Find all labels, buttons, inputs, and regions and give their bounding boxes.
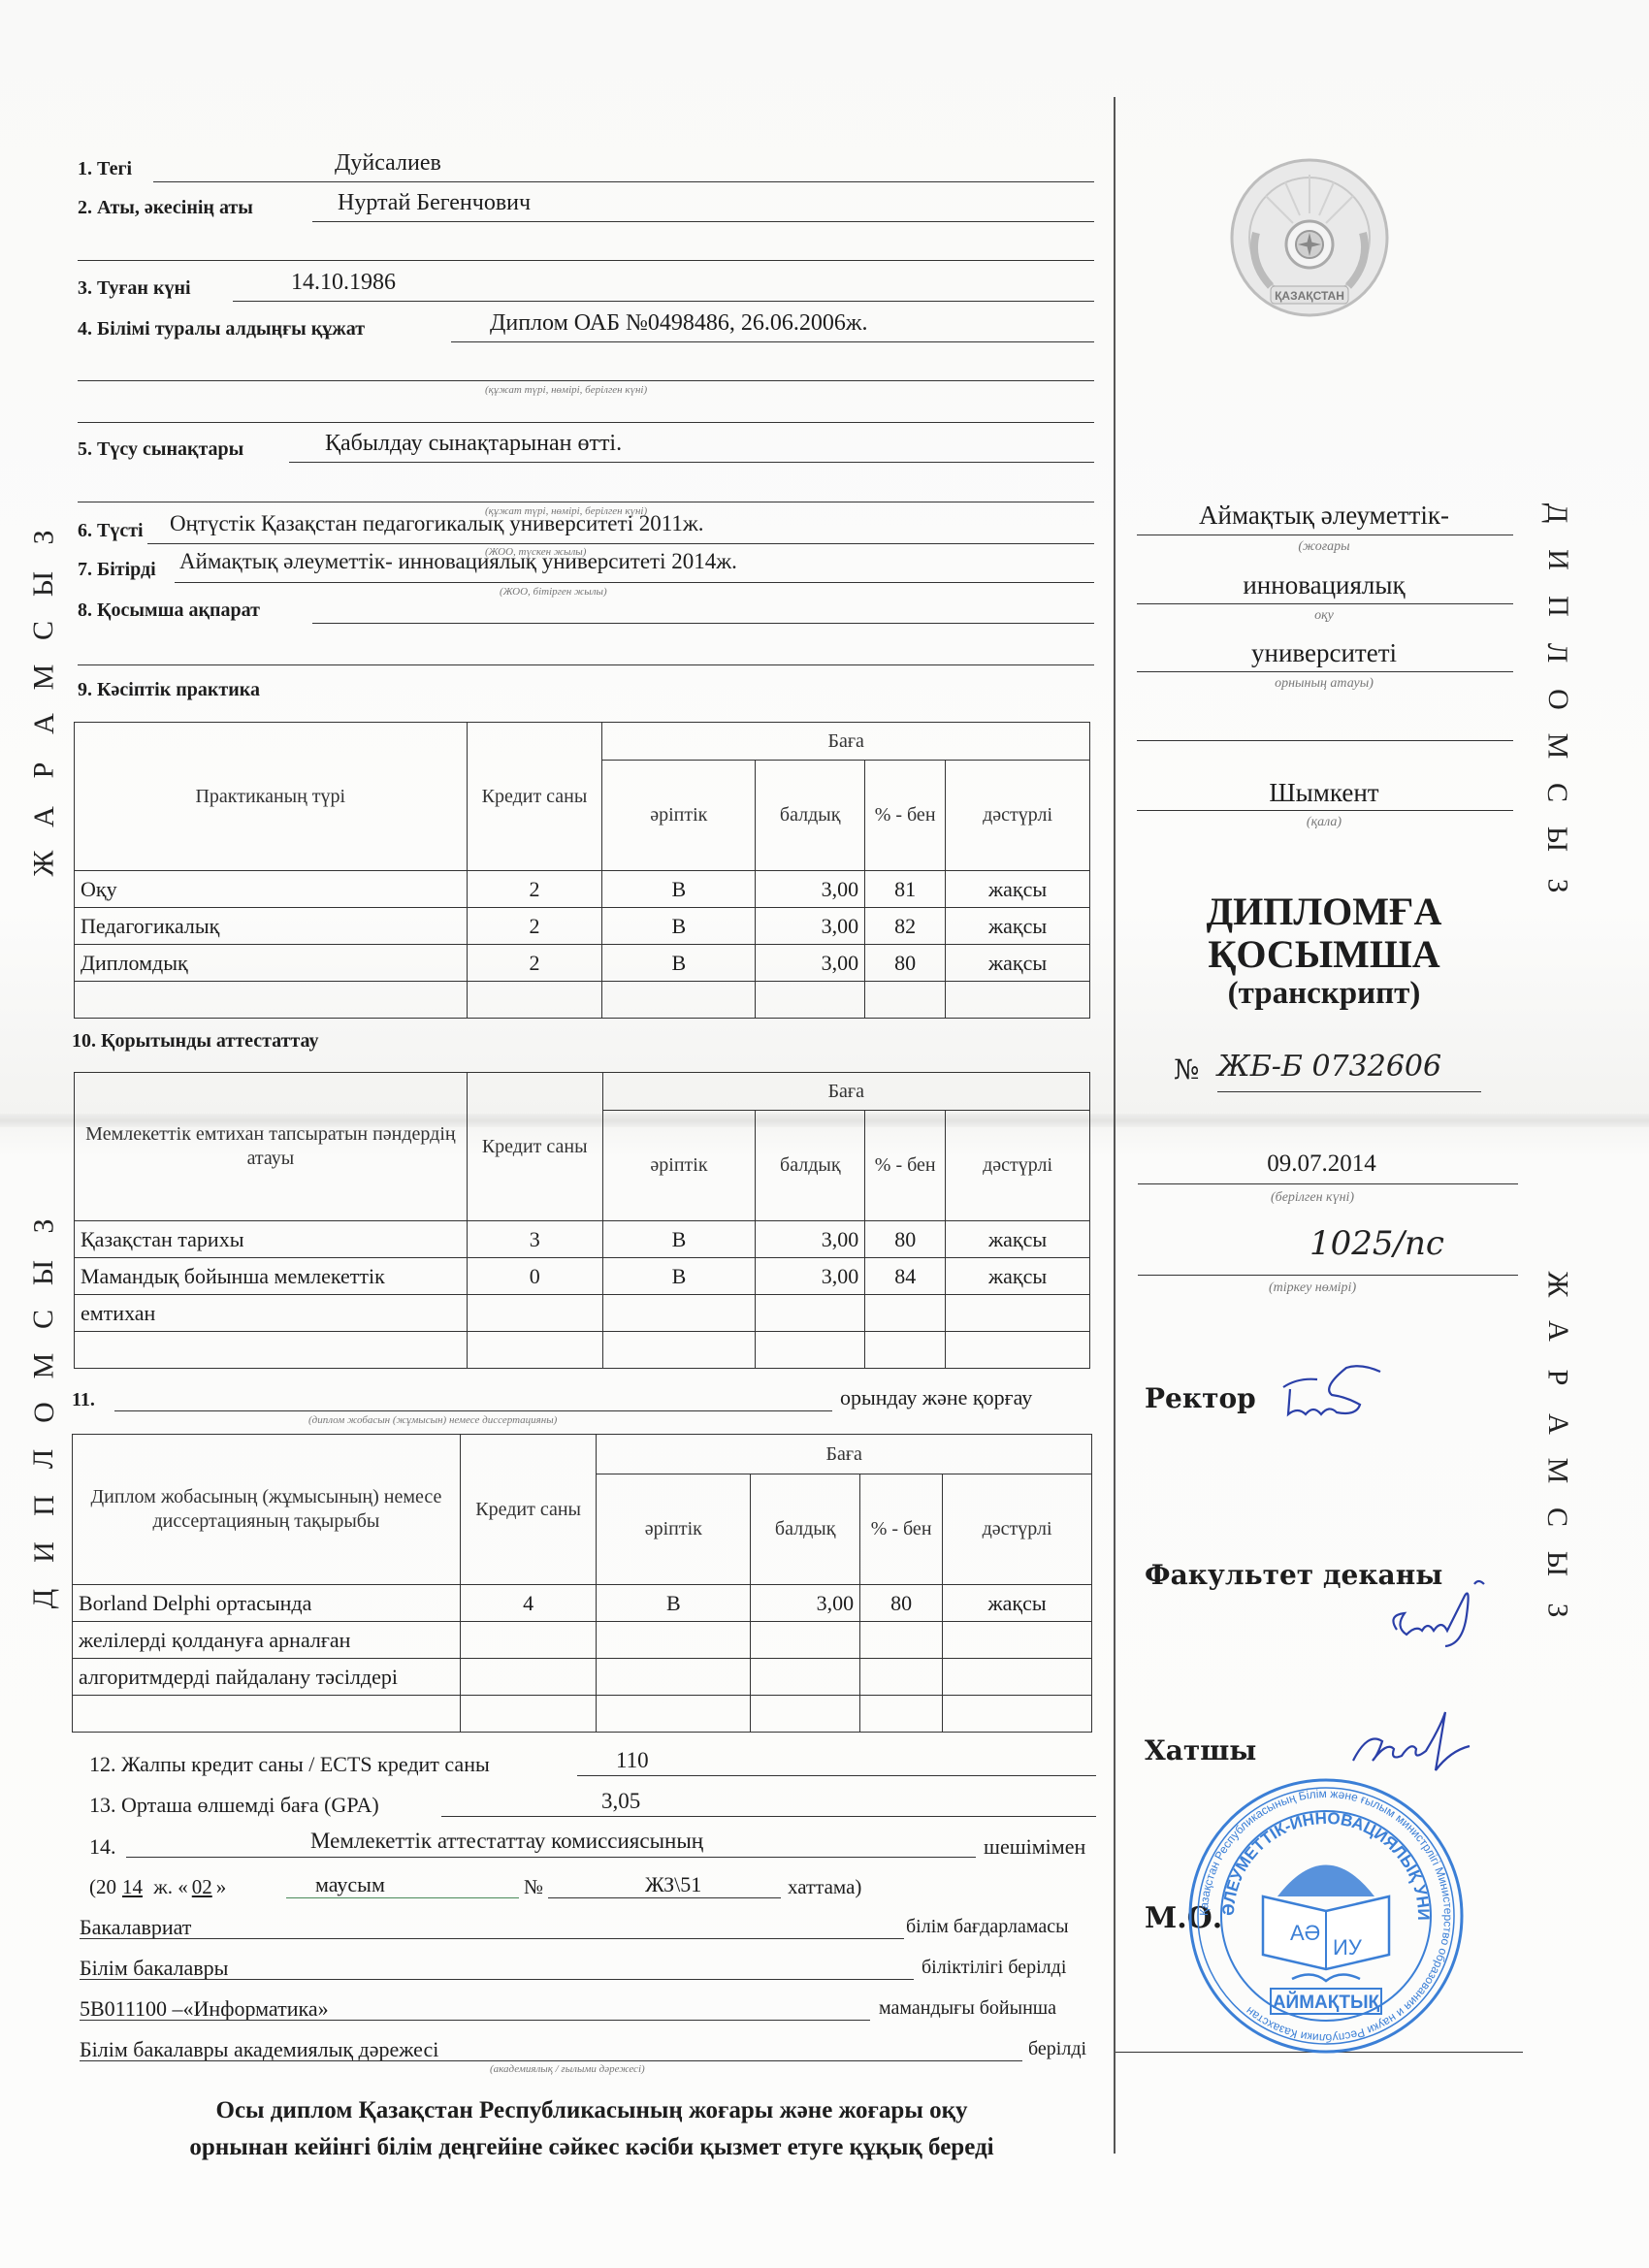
watermark-letter: З: [20, 1218, 67, 1233]
cell-points: 3,00: [756, 871, 865, 908]
watermark-letter: Ы: [20, 1260, 67, 1285]
watermark-letter: С: [20, 1310, 67, 1329]
table-row: Педагогикалық2B3,0082жақсы: [75, 908, 1090, 945]
cell-letter: B: [602, 945, 756, 982]
column-header-points: балдық: [756, 1111, 865, 1221]
cell-traditional: жақсы: [946, 908, 1090, 945]
watermark-letter: М: [20, 1353, 67, 1379]
watermark-left-top: ЗЫСМАРАЖ: [31, 514, 57, 887]
column-header-percent: % - бен: [865, 1111, 946, 1221]
table-row: алгоритмдерді пайдалану тәсілдері: [73, 1659, 1092, 1696]
column-header-letter: әріптік: [602, 761, 756, 871]
cell-percent: 81: [865, 871, 946, 908]
cell-points: 3,00: [756, 908, 865, 945]
cell-letter: B: [602, 1221, 756, 1258]
watermark-letter: Д: [1534, 503, 1580, 523]
attestation-table: Мемлекеттік емтихан тапсыратын пәндердің…: [74, 1072, 1090, 1369]
university-line3: университеті: [1135, 638, 1513, 668]
protocol-day: 02: [188, 1875, 216, 1898]
cell-name: [75, 1332, 468, 1369]
rector-signature-icon: [1278, 1358, 1385, 1426]
decision-value: Мемлекеттік аттестаттау комиссиясының: [310, 1829, 703, 1854]
column-header-percent: % - бен: [865, 761, 946, 871]
watermark-letter: Р: [20, 762, 67, 779]
gpa-value: 3,05: [601, 1789, 640, 1814]
cell-name: Оқу: [75, 871, 468, 908]
protocol-no-label: №: [524, 1875, 543, 1899]
cell-name: [73, 1696, 461, 1733]
degree-suffix: берілді: [1028, 2038, 1086, 2060]
practice-table: Практиканың түріКредит саныБағаәріптікба…: [74, 722, 1090, 1019]
table-row: Borland Delphi ортасында4B3,0080жақсы: [73, 1585, 1092, 1622]
column-header-name: Диплом жобасының (жұмысының) немесе дисс…: [73, 1435, 461, 1585]
number-label: №: [1174, 1053, 1200, 1085]
watermark-letter: О: [20, 1402, 67, 1423]
watermark-letter: О: [1534, 689, 1580, 710]
watermark-letter: А: [20, 713, 67, 734]
cell-traditional: [946, 1295, 1090, 1332]
thesis-heading-hint: (диплом жобасын (жұмысын) немесе диссерт…: [308, 1414, 557, 1426]
svg-text:АӘ: АӘ: [1290, 1921, 1320, 1945]
watermark-letter: З: [1534, 1603, 1580, 1617]
watermark-right-bottom: ЖАРАМСЫЗ: [1544, 1261, 1570, 1634]
thesis-heading-suffix: орындау және қорғау: [840, 1385, 1032, 1410]
table-row: емтихан: [75, 1295, 1090, 1332]
gpa-label: 13. Орташа өлшемді баға (GPA): [89, 1793, 379, 1818]
cell-credit: [460, 1659, 596, 1696]
city-value: Шымкент: [1135, 778, 1513, 808]
cell-points: [751, 1659, 860, 1696]
degree-hint: (академиялық / ғылыми дәрежесі): [490, 2063, 645, 2075]
university-stamp-icon: Қазақстан Республикасының Білім және ғыл…: [1185, 1775, 1467, 2057]
watermark-letter: З: [20, 530, 67, 544]
cell-points: [756, 982, 865, 1019]
watermark-letter: А: [20, 806, 67, 827]
column-header-letter: әріптік: [597, 1474, 751, 1585]
column-header-credit: Кредит саны: [467, 723, 602, 871]
qualification-value: Білім бакалавры: [80, 1956, 228, 1981]
cell-percent: [865, 1295, 946, 1332]
cell-percent: [860, 1622, 943, 1659]
protocol-month: маусым: [315, 1872, 385, 1897]
graduated-value: Аймақтық әлеуметтік- инновациялық универ…: [179, 549, 737, 574]
dean-signature-icon: [1377, 1576, 1503, 1654]
watermark-letter: Ж: [1534, 1272, 1580, 1298]
issue-date-hint: (берілген күні): [1271, 1190, 1354, 1206]
extra-label: 8. Қосымша ақпарат: [78, 599, 260, 622]
cell-percent: [865, 1332, 946, 1369]
cell-credit: [467, 1295, 602, 1332]
page-divider: [1114, 97, 1115, 2154]
cell-letter: [602, 1332, 756, 1369]
cell-letter: [597, 1696, 751, 1733]
cell-traditional: жақсы: [946, 1221, 1090, 1258]
attestation-heading: 10. Қорытынды аттестаттау: [72, 1030, 319, 1053]
watermark-letter: М: [20, 664, 67, 691]
university-line1: Аймақтық әлеуметтік-: [1135, 501, 1513, 531]
cell-letter: [597, 1622, 751, 1659]
svg-text:АЙМАҚТЫҚ: АЙМАҚТЫҚ: [1273, 1992, 1380, 2013]
specialty-value: 5В011100 –«Информатика»: [80, 1996, 329, 2022]
cell-credit: 0: [467, 1258, 602, 1295]
watermark-letter: С: [1534, 783, 1580, 802]
cell-credit: [460, 1696, 596, 1733]
cell-traditional: [946, 1332, 1090, 1369]
column-header-grade: Баға: [602, 1073, 1089, 1111]
column-header-points: балдық: [756, 761, 865, 871]
watermark-letter: П: [1534, 596, 1580, 617]
cell-percent: 84: [865, 1258, 946, 1295]
column-header-grade: Баға: [602, 723, 1090, 761]
thesis-table: Диплом жобасының (жұмысының) немесе дисс…: [72, 1434, 1092, 1733]
cell-name: Дипломдық: [75, 945, 468, 982]
watermark-letter: И: [20, 1541, 67, 1563]
entrance-label: 5. Түсу сынақтары: [78, 438, 243, 461]
secretary-signature-icon: [1343, 1702, 1479, 1780]
column-header-traditional: дәстүрлі: [943, 1474, 1092, 1585]
cell-credit: [467, 982, 602, 1019]
registration-number: 1025/пс: [1309, 1224, 1444, 1263]
practice-heading: 9. Кәсіптік практика: [78, 679, 260, 701]
cell-percent: 80: [865, 1221, 946, 1258]
watermark-letter: М: [1534, 733, 1580, 760]
cell-credit: 2: [467, 945, 602, 982]
name-label: 2. Аты, әкесінің аты: [78, 197, 253, 219]
document-title: ДИПЛОМҒА ҚОСЫМША (транскрипт): [1135, 891, 1513, 1011]
column-header-grade: Баға: [597, 1435, 1092, 1474]
column-header-credit: Кредит саны: [467, 1073, 602, 1221]
cell-name: алгоритмдерді пайдалану тәсілдері: [73, 1659, 461, 1696]
column-header-percent: % - бен: [860, 1474, 943, 1585]
protocol-suffix: хаттама): [788, 1875, 861, 1899]
cell-traditional: [943, 1659, 1092, 1696]
protocol-no: ЖЗ\51: [645, 1872, 701, 1897]
cell-name: емтихан: [75, 1295, 468, 1332]
watermark-letter: И: [1534, 549, 1580, 570]
university-hint2: оқу: [1135, 608, 1513, 624]
issue-date: 09.07.2014: [1125, 1150, 1518, 1178]
cell-credit: [460, 1622, 596, 1659]
column-header-name: Мемлекеттік емтихан тапсыратын пәндердің…: [75, 1073, 468, 1221]
cell-name: Педагогикалық: [75, 908, 468, 945]
cell-credit: 2: [467, 908, 602, 945]
cell-percent: 82: [865, 908, 946, 945]
table-row: [73, 1696, 1092, 1733]
watermark-letter: З: [1534, 878, 1580, 892]
watermark-letter: П: [20, 1495, 67, 1516]
cell-letter: B: [602, 1258, 756, 1295]
column-header-points: балдық: [751, 1474, 860, 1585]
cell-traditional: [946, 982, 1090, 1019]
protocol-year: 14: [116, 1875, 148, 1898]
program-suffix: білім бағдарламасы: [906, 1916, 1069, 1938]
cell-traditional: [943, 1622, 1092, 1659]
decision-suffix: шешімімен: [984, 1834, 1085, 1860]
birth-label: 3. Туған күні: [78, 277, 191, 300]
name-value: Нуртай Бегенчович: [338, 190, 531, 216]
specialty-suffix: мамандығы бойынша: [879, 1997, 1056, 2020]
table-row: [75, 1332, 1090, 1369]
cell-letter: B: [597, 1585, 751, 1622]
cell-points: 3,00: [751, 1585, 860, 1622]
watermark-letter: А: [1534, 1320, 1580, 1342]
cell-traditional: жақсы: [946, 871, 1090, 908]
cell-name: Қазақстан тарихы: [75, 1221, 468, 1258]
table-row: Қазақстан тарихы3B3,0080жақсы: [75, 1221, 1090, 1258]
watermark-letter: А: [1534, 1413, 1580, 1435]
credits-label: 12. Жалпы кредит саны / ECTS кредит саны: [89, 1752, 490, 1777]
column-header-name: Практиканың түрі: [75, 723, 468, 871]
cell-traditional: жақсы: [946, 945, 1090, 982]
cell-letter: B: [602, 871, 756, 908]
table-row: Оқу2B3,0081жақсы: [75, 871, 1090, 908]
cell-letter: [602, 982, 756, 1019]
cell-name: [75, 982, 468, 1019]
cell-credit: 4: [460, 1585, 596, 1622]
watermark-letter: Ж: [20, 851, 67, 877]
cell-points: [756, 1295, 865, 1332]
graduated-label: 7. Бітірді: [78, 559, 156, 581]
transcript-number: ЖБ-Б 0732606: [1217, 1050, 1441, 1084]
footer-statement: Осы диплом Қазақстан Республикасының жоғ…: [78, 2092, 1106, 2166]
cell-letter: B: [602, 908, 756, 945]
thesis-heading-num: 11.: [72, 1389, 95, 1411]
cell-traditional: [943, 1696, 1092, 1733]
birth-value: 14.10.1986: [291, 270, 396, 296]
cell-name: Borland Delphi ортасында: [73, 1585, 461, 1622]
cell-percent: [860, 1659, 943, 1696]
university-hint1: (жоғары: [1135, 539, 1513, 555]
svg-text:ҚАЗАҚСТАН: ҚАЗАҚСТАН: [1275, 289, 1344, 303]
watermark-letter: Р: [1534, 1370, 1580, 1386]
prev-doc-hint: (құжат түрі, нөмірі, берілген күні): [485, 384, 647, 396]
cell-credit: 2: [467, 871, 602, 908]
cell-credit: [467, 1332, 602, 1369]
watermark-letter: Ы: [20, 571, 67, 597]
watermark-letter: Д: [20, 1589, 67, 1608]
cell-name: желілерді қолдануға арналған: [73, 1622, 461, 1659]
watermark-letter: Ы: [1534, 1551, 1580, 1576]
watermark-letter: С: [1534, 1507, 1580, 1527]
graduated-hint: (ЖОО, бітірген жылы): [500, 586, 607, 598]
table-row: желілерді қолдануға арналған: [73, 1622, 1092, 1659]
entrance-value: Қабылдау сынақтарынан өтті.: [325, 431, 622, 457]
credits-value: 110: [616, 1748, 649, 1773]
svg-text:ИУ: ИУ: [1333, 1935, 1363, 1960]
prev-doc-value: Диплом ОАБ №0498486, 26.06.2006ж.: [490, 310, 868, 337]
watermark-letter: С: [20, 621, 67, 640]
column-header-letter: әріптік: [602, 1111, 756, 1221]
prev-doc-label: 4. Білімі туралы алдыңғы құжат: [78, 318, 365, 340]
university-line2: инновациялық: [1135, 570, 1513, 600]
watermark-letter: М: [1534, 1458, 1580, 1484]
watermark-left-bottom: ЗЫСМОЛПИД: [31, 1203, 57, 1622]
enrolled-label: 6. Түсті: [78, 520, 144, 542]
surname-value: Дуйсалиев: [335, 150, 441, 177]
program-value: Бакалавриат: [80, 1915, 191, 1940]
watermark-letter: Л: [20, 1449, 67, 1469]
watermark-letter: Л: [1534, 643, 1580, 663]
surname-label: 1. Тегі: [78, 158, 132, 180]
cell-points: [756, 1332, 865, 1369]
kazakhstan-emblem-icon: ҚАЗАҚСТАН: [1227, 155, 1392, 320]
table-row: Мамандық бойынша мемлекеттік0B3,0084жақс…: [75, 1258, 1090, 1295]
cell-name: Мамандық бойынша мемлекеттік: [75, 1258, 468, 1295]
cell-percent: [860, 1696, 943, 1733]
column-header-traditional: дәстүрлі: [946, 1111, 1090, 1221]
protocol-line: (2014 ж. «02»: [89, 1875, 226, 1899]
cell-traditional: жақсы: [946, 1258, 1090, 1295]
city-hint: (қала): [1135, 815, 1513, 830]
cell-credit: 3: [467, 1221, 602, 1258]
watermark-right-top: ДИПЛОМСЫЗ: [1544, 490, 1570, 909]
enrolled-value: Оңтүстік Қазақстан педагогикалық универс…: [170, 511, 704, 536]
university-hint3: орнының атауы): [1135, 676, 1513, 692]
cell-points: 3,00: [756, 1221, 865, 1258]
table-row: [75, 982, 1090, 1019]
cell-percent: 80: [860, 1585, 943, 1622]
cell-points: [751, 1622, 860, 1659]
column-header-credit: Кредит саны: [460, 1435, 596, 1585]
table-row: Дипломдық2B3,0080жақсы: [75, 945, 1090, 982]
cell-points: [751, 1696, 860, 1733]
registration-number-hint: (тіркеу нөмірі): [1269, 1280, 1356, 1296]
cell-percent: [865, 982, 946, 1019]
secretary-label: Хатшы: [1145, 1734, 1256, 1766]
cell-traditional: жақсы: [943, 1585, 1092, 1622]
cell-points: 3,00: [756, 945, 865, 982]
decision-num: 14.: [89, 1834, 116, 1860]
degree-value: Білім бакалавры академиялық дәрежесі: [80, 2037, 438, 2062]
qualification-suffix: біліктілігі берілді: [921, 1957, 1066, 1979]
column-header-traditional: дәстүрлі: [946, 761, 1090, 871]
watermark-letter: Ы: [1534, 826, 1580, 852]
cell-letter: [602, 1295, 756, 1332]
cell-letter: [597, 1659, 751, 1696]
cell-points: 3,00: [756, 1258, 865, 1295]
rector-label: Ректор: [1145, 1382, 1256, 1414]
cell-percent: 80: [865, 945, 946, 982]
